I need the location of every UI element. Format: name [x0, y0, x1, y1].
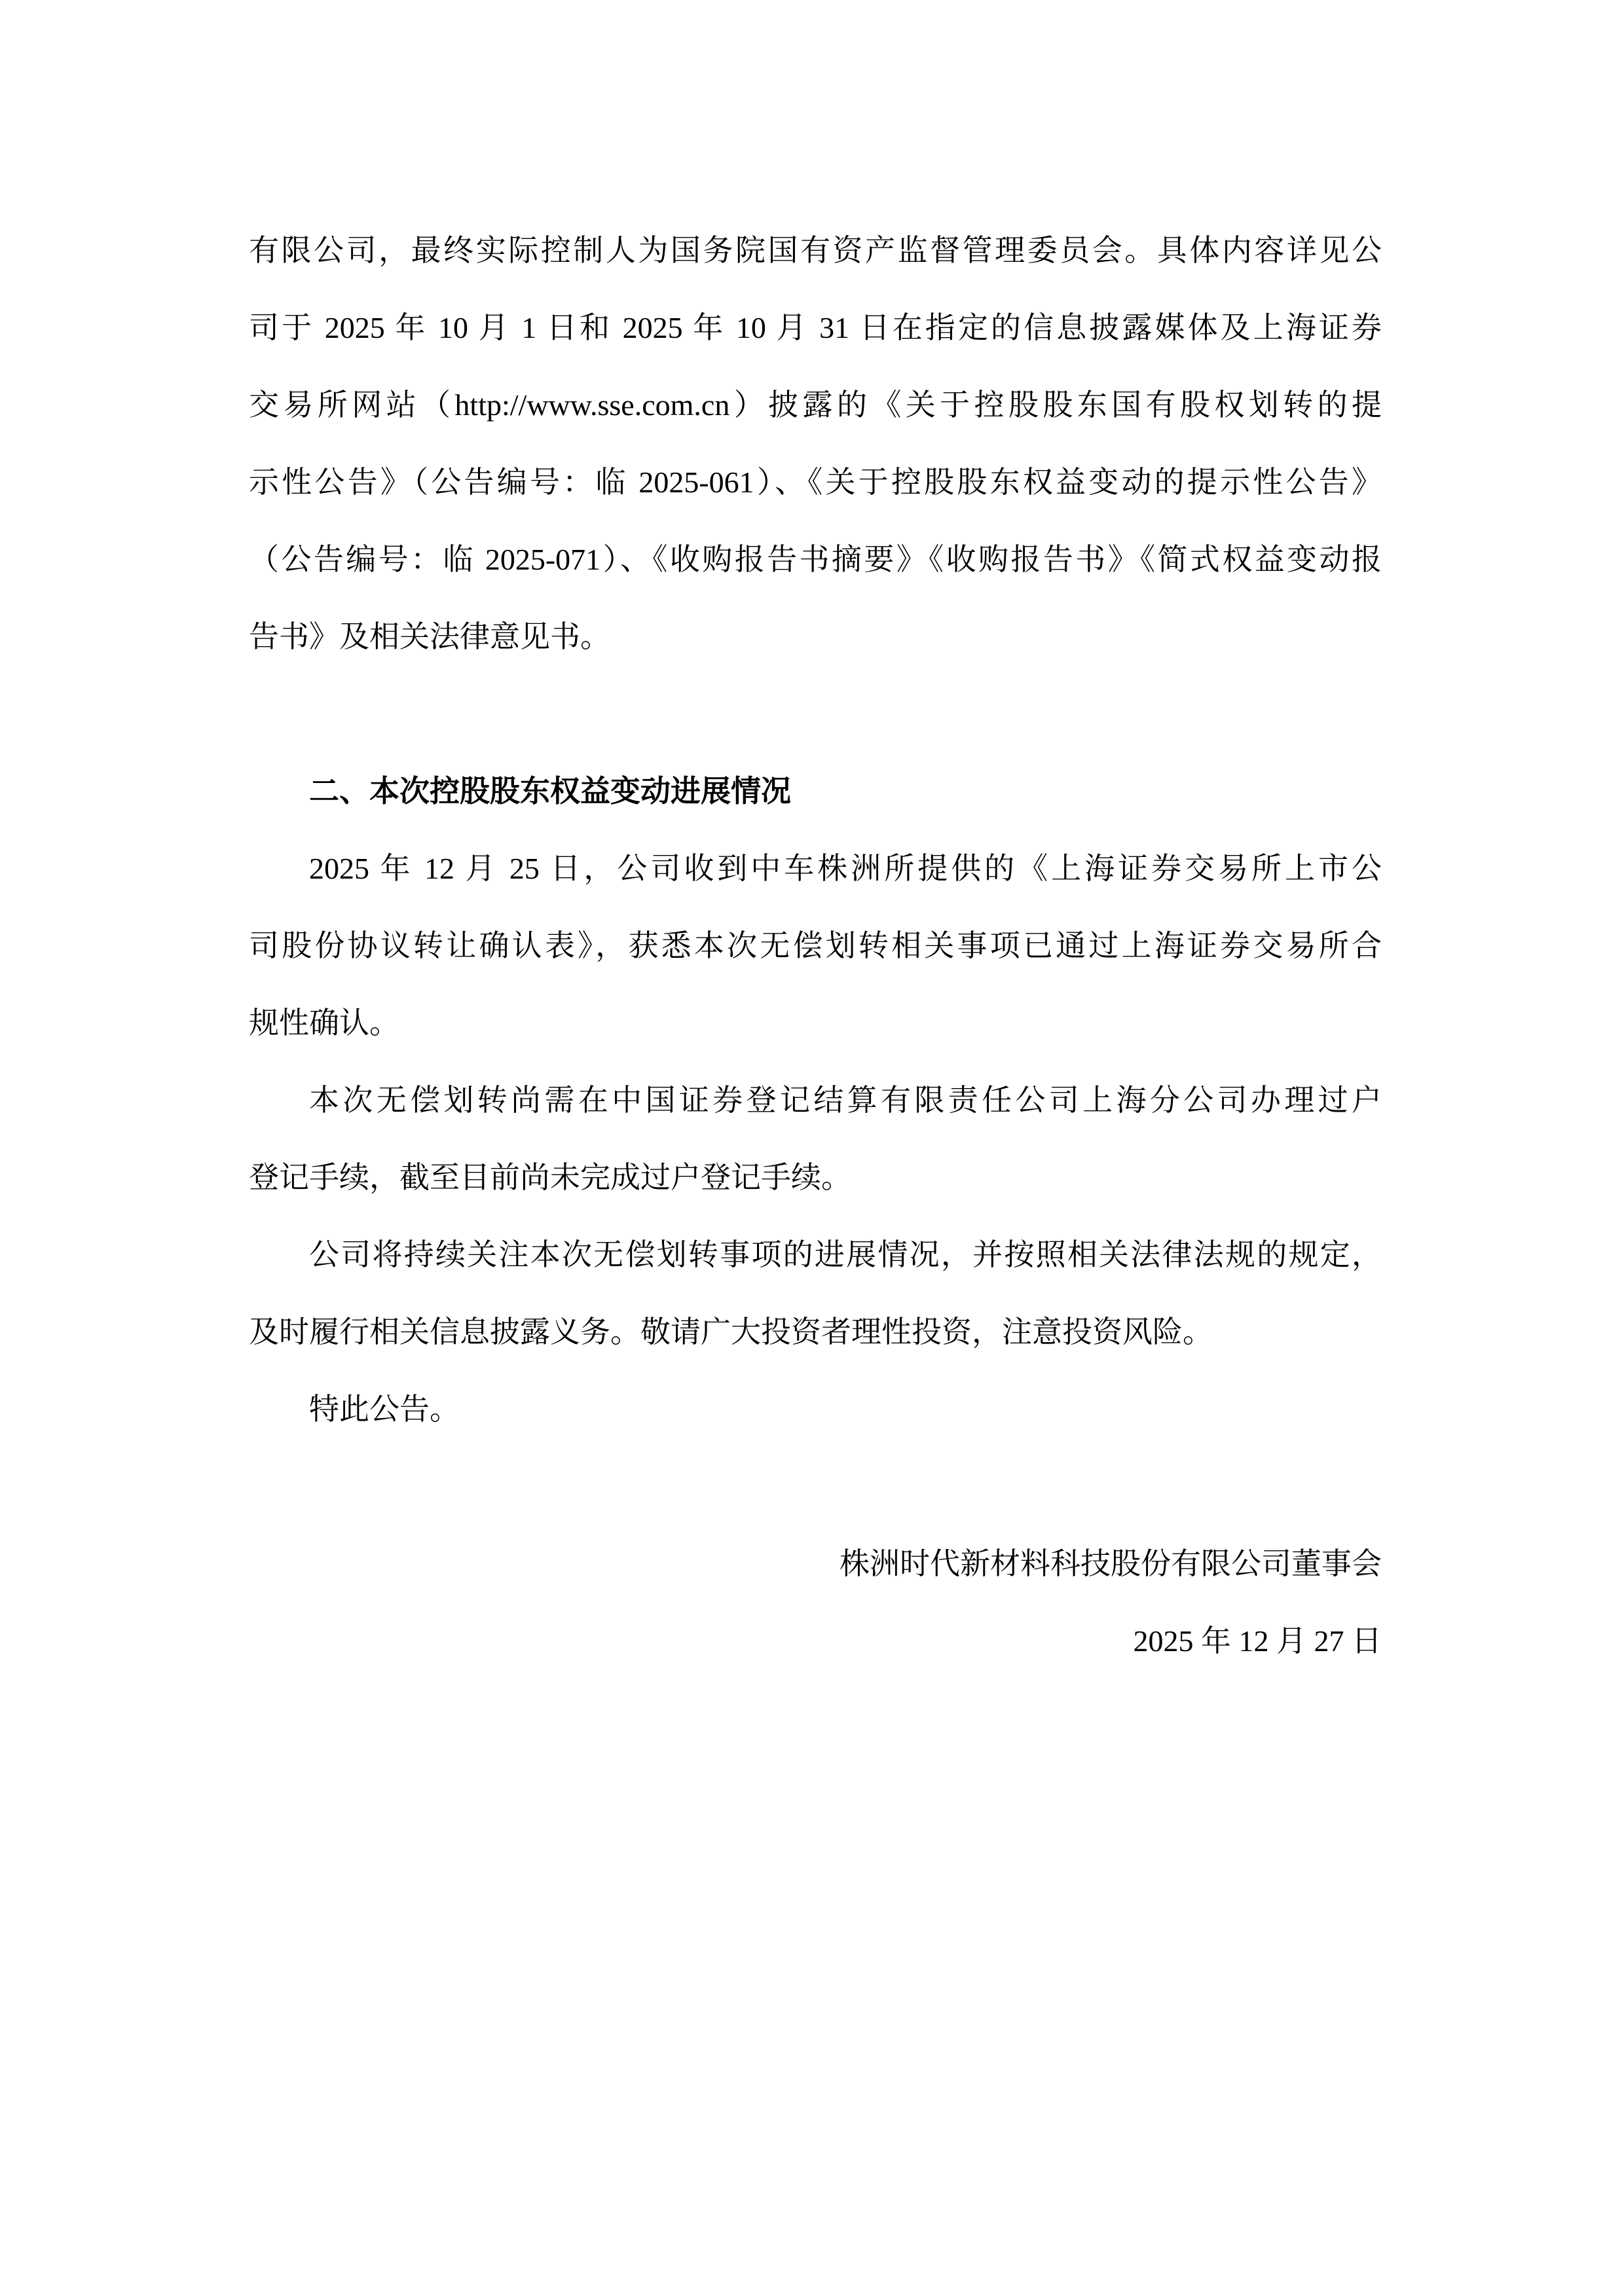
paragraph-progress-line-2: 司股份协议转让确认表》，获悉本次无偿划转相关事项已通过上海证券交易所合: [249, 907, 1382, 985]
paragraph-continuation-line-5: （公告编号：临 2025-071）、《收购报告书摘要》《收购报告书》《简式权益变…: [249, 521, 1382, 598]
paragraph-continuation-line-6: 告书》及相关法律意见书。: [249, 598, 1382, 676]
paragraph-registration-line-2: 登记手续，截至目前尚未完成过户登记手续。: [249, 1139, 1382, 1216]
paragraph-disclosure-line-2: 及时履行相关信息披露义务。敬请广大投资者理性投资，注意投资风险。: [249, 1294, 1382, 1371]
paragraph-progress-line-3: 规性确认。: [249, 985, 1382, 1062]
paragraph-continuation-line-1: 有限公司，最终实际控制人为国务院国有资产监督管理委员会。具体内容详见公: [249, 212, 1382, 289]
paragraph-continuation-line-3: 交易所网站（http://www.sse.com.cn）披露的《关于控股股东国有…: [249, 367, 1382, 444]
paragraph-continuation-line-4: 示性公告》（公告编号：临 2025-061）、《关于控股股东权益变动的提示性公告…: [249, 444, 1382, 521]
closing-statement: 特此公告。: [249, 1371, 1382, 1448]
paragraph-progress-line-1: 2025 年 12 月 25 日，公司收到中车株洲所提供的《上海证券交易所上市公: [249, 830, 1382, 907]
signoff-date: 2025 年 12 月 27 日: [249, 1603, 1382, 1680]
document-page: 有限公司，最终实际控制人为国务院国有资产监督管理委员会。具体内容详见公 司于 2…: [0, 0, 1624, 2296]
paragraph-continuation-line-2: 司于 2025 年 10 月 1 日和 2025 年 10 月 31 日在指定的…: [249, 289, 1382, 367]
document-body: 有限公司，最终实际控制人为国务院国有资产监督管理委员会。具体内容详见公 司于 2…: [249, 212, 1382, 1680]
signoff-company: 株洲时代新材料科技股份有限公司董事会: [249, 1525, 1382, 1603]
blank-line: [249, 676, 1382, 753]
paragraph-disclosure-line-1: 公司将持续关注本次无偿划转事项的进展情况，并按照相关法律法规的规定，: [249, 1216, 1382, 1294]
paragraph-registration-line-1: 本次无偿划转尚需在中国证券登记结算有限责任公司上海分公司办理过户: [249, 1062, 1382, 1139]
section-heading: 二、本次控股股东权益变动进展情况: [249, 753, 1382, 830]
blank-line: [249, 1448, 1382, 1525]
